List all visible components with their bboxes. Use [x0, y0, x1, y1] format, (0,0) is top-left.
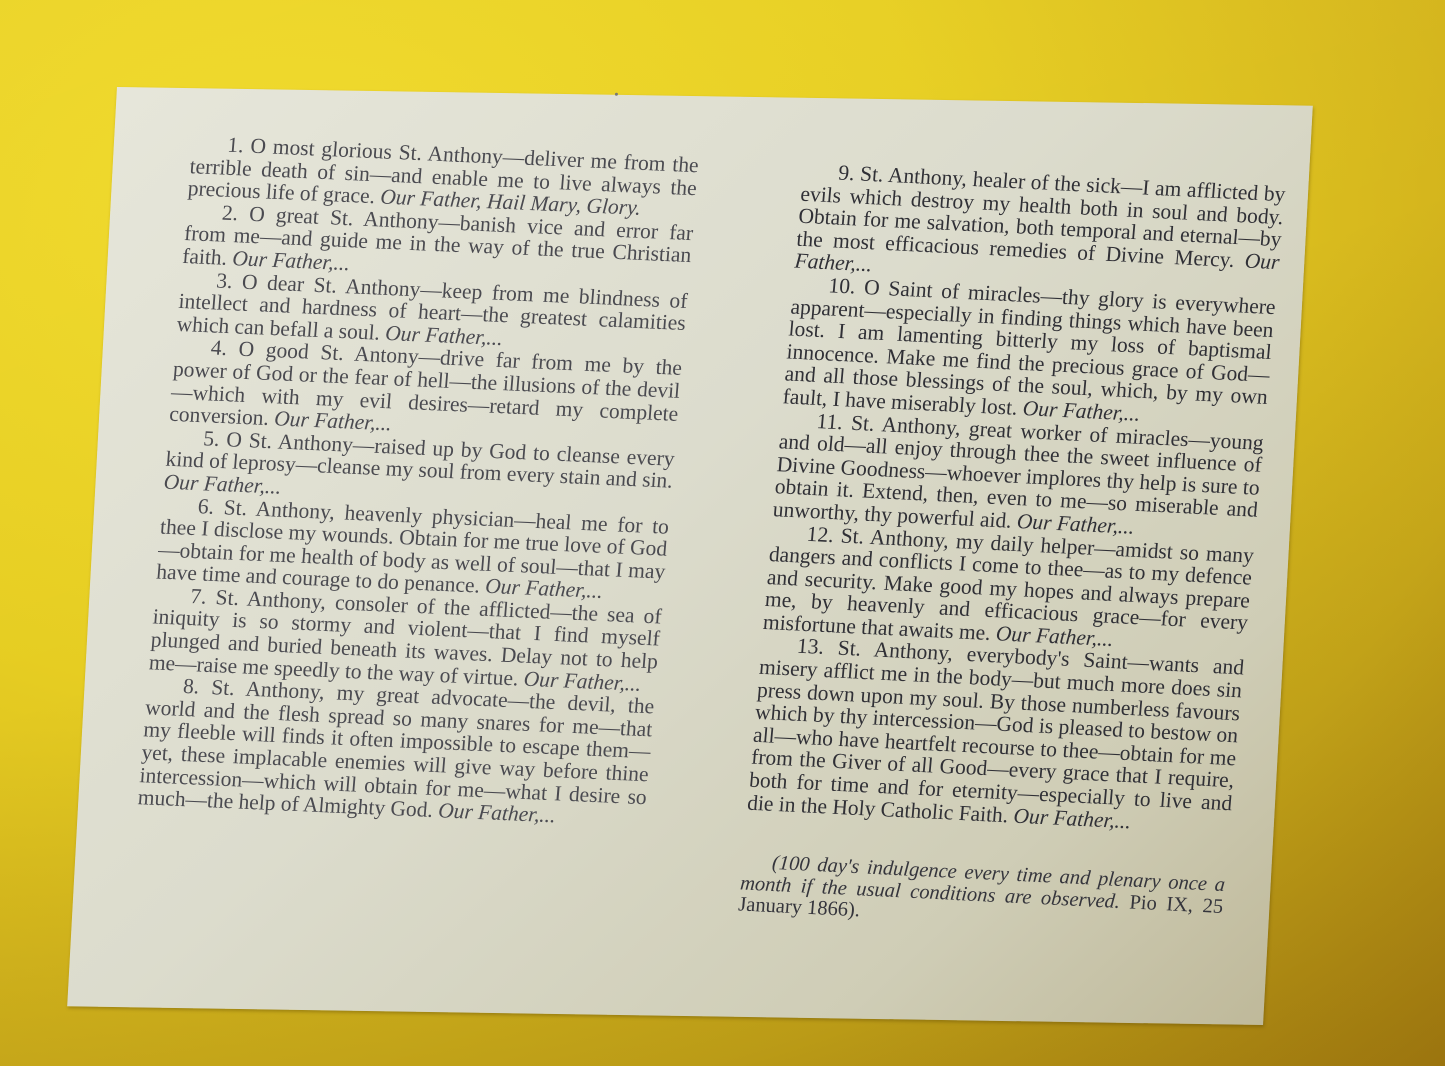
prayer-number: 9.: [837, 160, 855, 185]
prayer-number: 8.: [182, 674, 200, 699]
prayer-number: 1.: [227, 133, 245, 158]
right-column: 9. St. Anthony, healer of the sick—I am …: [736, 160, 1287, 960]
prayer-card: 1. O most glorious St. Anthony—deliver m…: [67, 87, 1313, 1025]
prayer-number: 12.: [806, 521, 835, 546]
prayer-13: 13. St. Anthony, everybody's Saint—wants…: [746, 633, 1245, 837]
prayer-number: 10.: [828, 273, 857, 298]
card-speck: [615, 93, 618, 96]
prayer-number: 4.: [210, 336, 228, 361]
prayer-number: 5.: [203, 426, 221, 451]
prayer-refrain: Our Father,...: [437, 798, 556, 827]
prayer-number: 13.: [796, 634, 825, 659]
prayer-number: 2.: [221, 200, 239, 225]
prayer-refrain: Our Father,...: [1013, 803, 1132, 833]
prayer-number: 6.: [197, 494, 215, 519]
prayer-number: 3.: [216, 268, 234, 293]
left-column: 1. O most glorious St. Anthony—deliver m…: [137, 132, 700, 831]
prayer-number: 11.: [816, 409, 844, 434]
prayer-10: 10. O Saint of miracles—thy glory is eve…: [782, 273, 1277, 432]
indulgence-note: (100 day's indulgence every time and ple…: [737, 852, 1225, 940]
prayer-text: St. Anthony, everybody's Saint—wants and…: [746, 636, 1245, 827]
prayer-number: 7.: [190, 584, 208, 609]
prayer-text: St. Anthony, my great advocate—the devil…: [137, 675, 655, 822]
prayer-8: 8. St. Anthony, my great advocate—the de…: [137, 674, 655, 832]
